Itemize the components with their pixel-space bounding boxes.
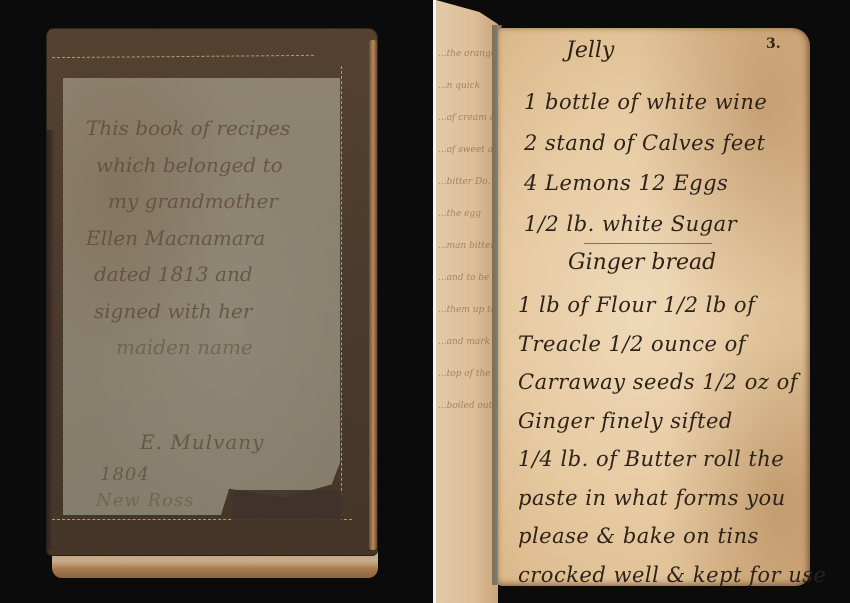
recipe-title-jelly: Jelly [566,38,614,63]
facing-line: ...n quick [438,70,498,102]
gingerbread-instructions: 1 lb of Flour 1/2 lb of Treacle 1/2 ounc… [518,286,826,594]
page-number: 3. [766,36,781,52]
inscription-line: signed with her [86,293,336,330]
book-spine [46,130,54,550]
recipe-line: Ginger finely sifted [518,402,826,441]
facing-line: ...the egg [438,198,498,230]
facing-line: ...them up to pour [438,294,498,326]
cover-photo: This book of recipes which belonged to m… [0,0,433,603]
cover-inscription: This book of recipes which belonged to m… [86,110,336,366]
jelly-ingredients: 1 bottle of white wine 2 stand of Calves… [524,82,767,244]
facing-line: ...boiled out. [438,390,498,422]
recipe-line: 2 stand of Calves feet [524,123,767,164]
facing-line: ...and mark how in [438,326,498,358]
recipe-line: Carraway seeds 1/2 oz of [518,363,826,402]
facing-page-text: ...the orange ...n quick ...of cream and… [438,38,498,422]
recipe-line: Treacle 1/2 ounce of [518,325,826,364]
facing-line: ...bitter Do. 6 lb [438,166,498,198]
recipe-line: please & bake on tins [518,517,826,556]
inscription-line: my grandmother [86,183,336,220]
recipe-title-gingerbread: Ginger bread [568,250,716,275]
facing-line: ...of sweet almond [438,134,498,166]
recipe-line: 1 lb of Flour 1/2 lb of [518,286,826,325]
inscription-line: This book of recipes [86,110,336,147]
facing-page: ...the orange ...n quick ...of cream and… [436,0,498,603]
inscription-line: which belonged to [86,147,336,184]
recipe-line: crocked well & kept for use [518,556,826,595]
facing-line: ...of cream and [438,102,498,134]
cover-fore-edge [369,40,377,550]
open-page-photo: ...the orange ...n quick ...of cream and… [436,0,850,603]
inscription-line: maiden name [86,329,336,366]
recipe-separator [584,243,712,244]
cover-signature: E. Mulvany [140,430,264,454]
stitching-right [341,66,342,516]
inscription-line: Ellen Macnamara [86,220,336,257]
recipe-line: paste in what forms you [518,479,826,518]
cover-place: New Ross [96,490,194,511]
torn-label-corner [232,490,342,520]
recipe-line: 1 bottle of white wine [524,82,767,123]
recipe-line: 4 Lemons 12 Eggs [524,163,767,204]
recipe-line: 1/2 lb. white Sugar [524,204,767,245]
facing-line: ...man bitter [438,230,498,262]
facing-line: ...top of the page [438,358,498,390]
inscription-line: dated 1813 and [86,256,336,293]
cover-number: 1804 [100,464,150,485]
recipe-line: 1/4 lb. of Butter roll the [518,440,826,479]
facing-line: ...the orange [438,38,498,70]
facing-line: ...and to be the [438,262,498,294]
